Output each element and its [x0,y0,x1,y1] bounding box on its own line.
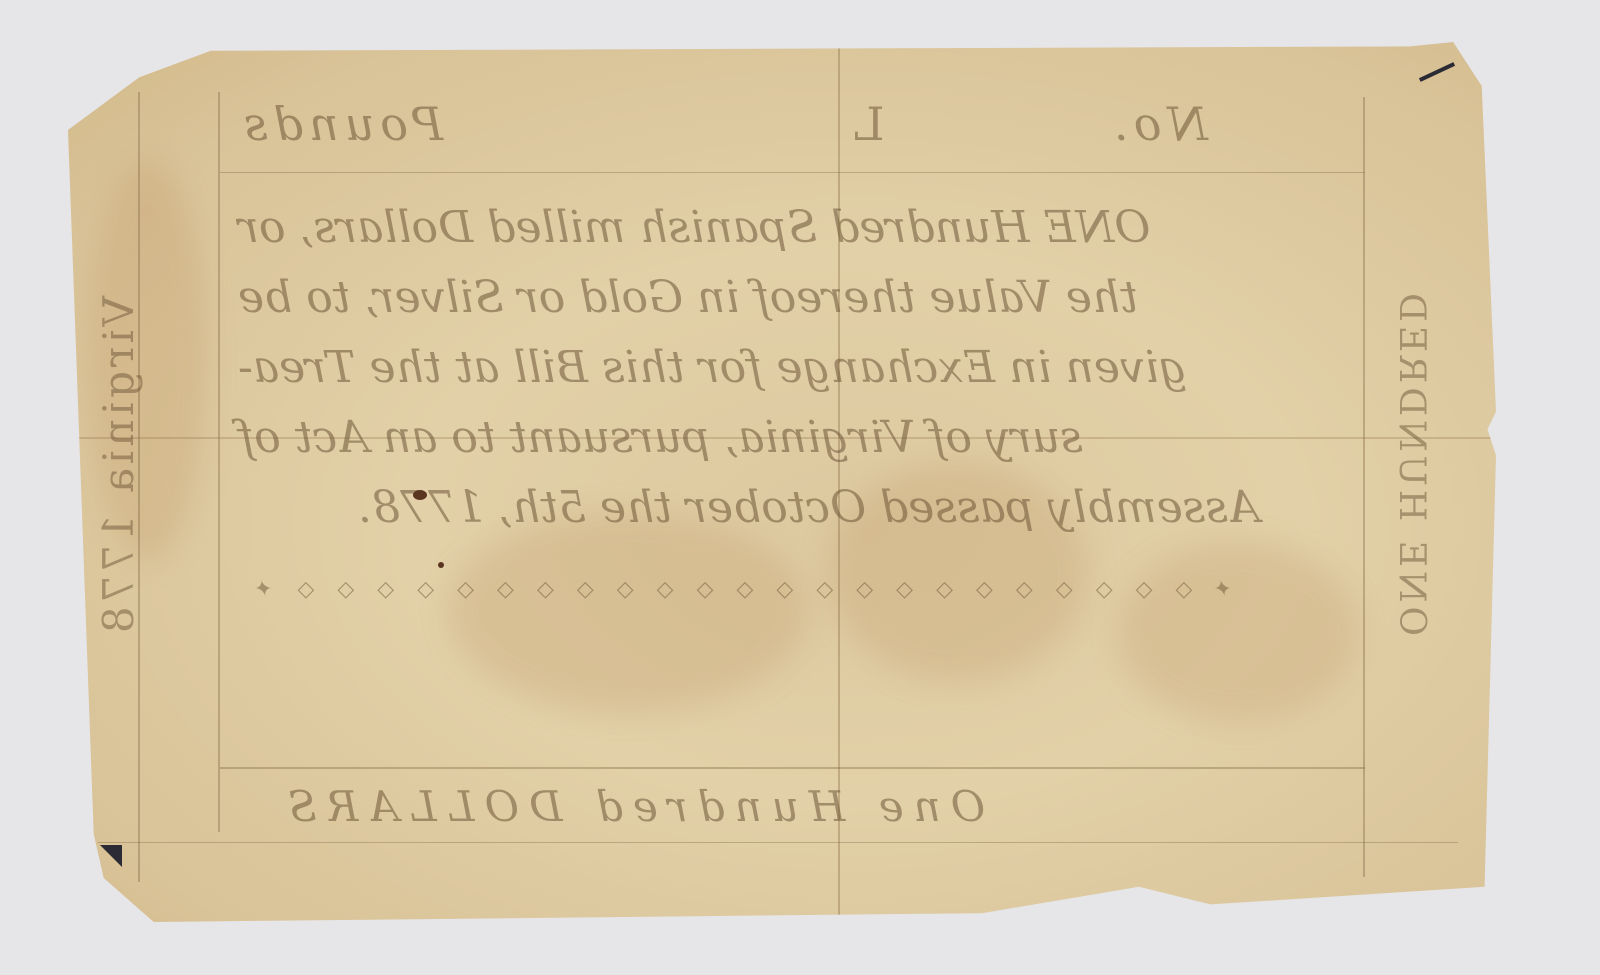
body-line-4: sury of Virginia, pursuant to an Act of [238,412,1083,463]
water-stain [1118,542,1358,722]
right-border-text: ONE HUNDRED [1391,289,1432,636]
ink-spot [413,490,427,500]
border-line [220,767,1365,769]
body-line-1: ONE Hundred Spanish milled Dollars, or [238,202,1150,253]
header-denomination: Pounds [238,97,443,151]
ink-spot [438,562,444,568]
border-line [218,92,220,832]
banknote: Pounds No. L ONE Hundred Spanish milled … [68,42,1496,922]
footer-text: One Hundred DOLLARS [278,782,985,831]
serial-label: No. [1108,97,1208,151]
body-line-2: the Value thereof in Gold or Silver, to … [238,272,1138,323]
border-line [220,172,1365,173]
border-line [1363,97,1365,877]
left-border-text: Virginia 1778 [94,296,143,637]
border-line [98,842,1458,843]
water-stain [448,512,808,712]
body-line-3: given in Exchange for this Bill at the T… [238,342,1187,393]
body-line-5: Assembly passed October the 5th, 1778. [358,482,1260,533]
serial-number: L [848,97,885,151]
ornament-row: ✦ ◇ ◇ ◇ ◇ ◇ ◇ ◇ ◇ ◇ ◇ ◇ ◇ ◇ ◇ ◇ ◇ ◇ ◇ ◇ … [248,577,1234,602]
